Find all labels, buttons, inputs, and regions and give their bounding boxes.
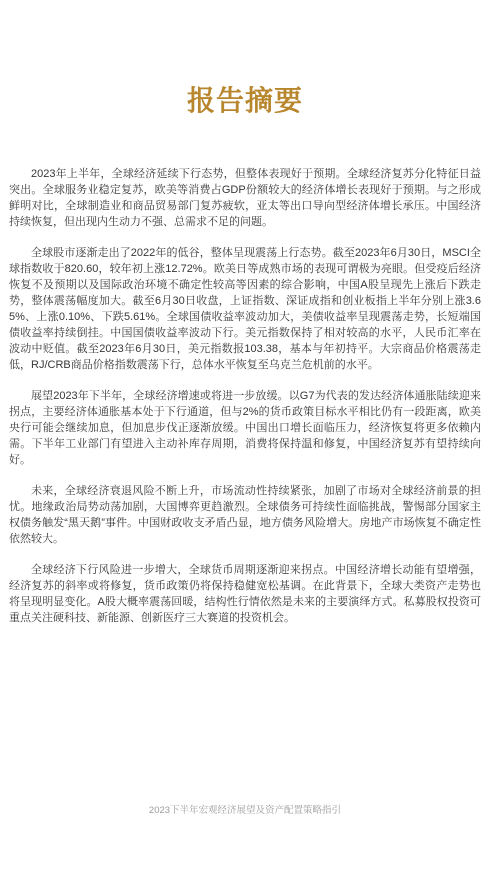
summary-paragraph-4: 未来，全球经济衰退风险不断上升，市场流动性持续紧张，加剧了市场对全球经济前景的担… [9, 483, 481, 547]
report-page: 报告摘要 2023年上半年，全球经济延续下行态势，但整体表现好于预期。全球经济复… [0, 0, 490, 884]
page-footer: 2023下半年宏观经济展望及资产配置策略指引 [0, 805, 490, 817]
summary-paragraph-1: 2023年上半年，全球经济延续下行态势，但整体表现好于预期。全球经济复苏分化特征… [9, 166, 481, 230]
summary-paragraph-2: 全球股市逐渐走出了2022年的低谷，整体呈现震荡上行态势。截至2023年6月30… [9, 245, 481, 373]
page-title: 报告摘要 [9, 0, 481, 118]
summary-paragraph-3: 展望2023年下半年，全球经济增速或将进一步放缓。以G7为代表的发达经济体通胀陆… [9, 388, 481, 468]
report-content: 报告摘要 2023年上半年，全球经济延续下行态势，但整体表现好于预期。全球经济复… [0, 0, 490, 626]
summary-paragraph-5: 全球经济下行风险进一步增大，全球货币周期逐渐迎来拐点。中国经济增长动能有望增强，… [9, 562, 481, 626]
